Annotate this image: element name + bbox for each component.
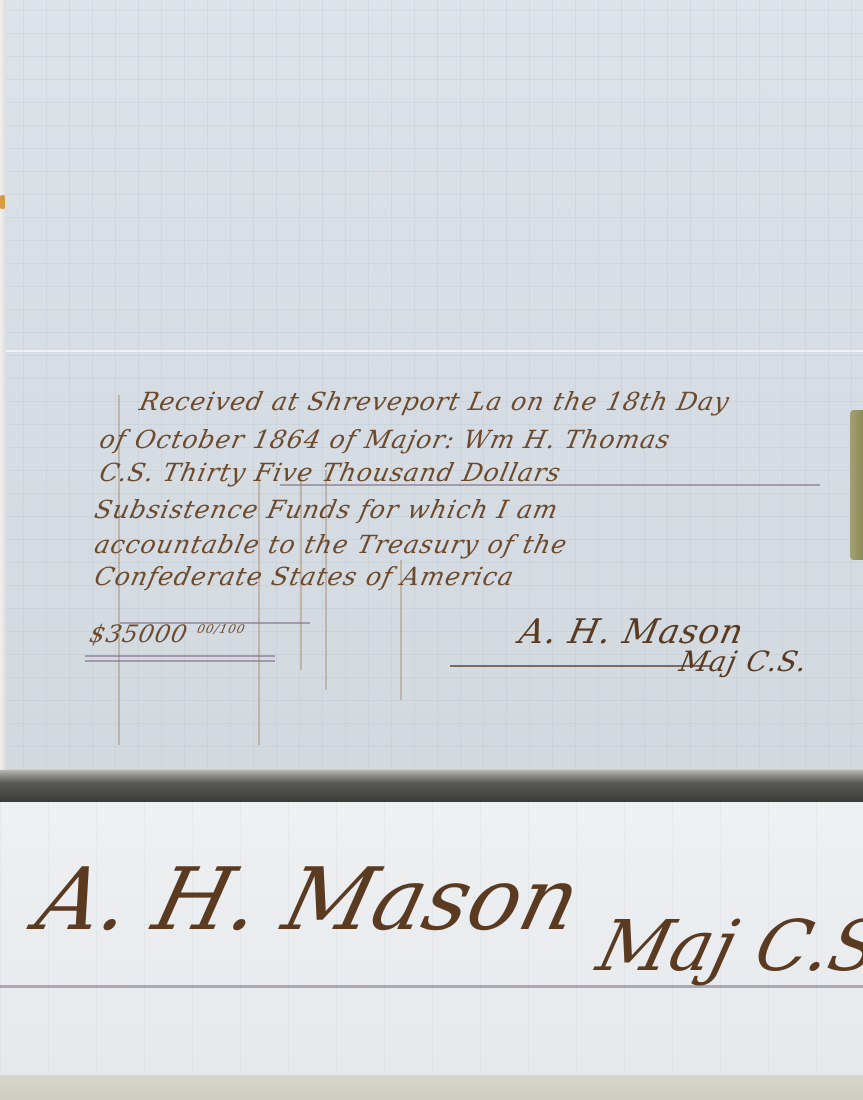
signature-line — [450, 665, 710, 667]
receipt-line-3: C.S. Thirty Five Thousand Dollars — [97, 458, 564, 487]
amount-cents: 00/100 — [196, 622, 247, 636]
inset-shadow — [0, 770, 863, 802]
signature-title: Maj C.S. — [676, 645, 810, 678]
paper-stain — [0, 195, 5, 209]
bottom-paper-strip — [0, 1075, 863, 1100]
amount-rule — [85, 660, 275, 662]
receipt-line-1: Received at Shreveport La on the 18th Da… — [137, 387, 733, 416]
receipt-line-2: of October 1864 of Major: Wm H. Thomas — [97, 425, 673, 454]
amount: $35000 00/100 — [87, 620, 247, 648]
amount-rule — [85, 655, 275, 657]
paper-left-edge — [0, 0, 6, 770]
binding-tab — [850, 410, 863, 560]
document-page: Received at Shreveport La on the 18th Da… — [0, 0, 863, 770]
receipt-line-6: Confederate States of America — [92, 562, 517, 591]
inset-signature-title: Maj C.S. — [590, 905, 863, 987]
inset-signature-name: A. H. Mason — [28, 850, 590, 950]
receipt-line-4: Subsistence Funds for which I am — [92, 495, 561, 524]
receipt-line-5: accountable to the Treasury of the — [92, 530, 570, 559]
amount-dollars: $35000 — [87, 620, 191, 648]
